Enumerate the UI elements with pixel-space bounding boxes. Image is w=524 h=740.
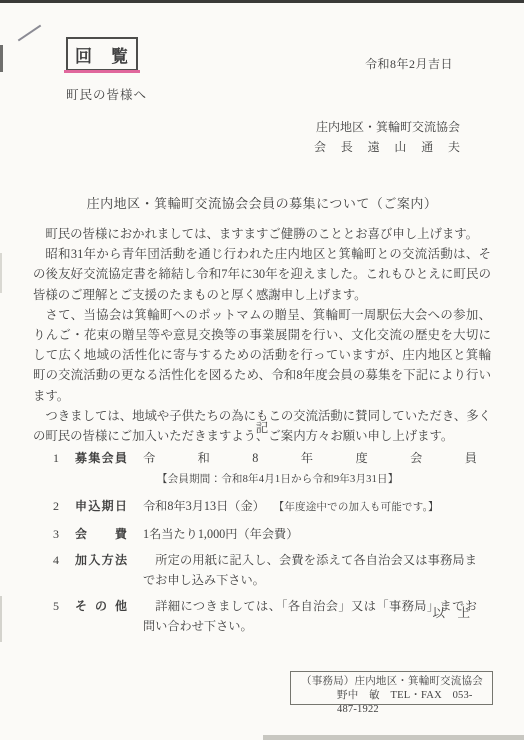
item-row-membership-fee: 3 会費 1名当たり1,000円（年会費） (53, 524, 477, 544)
item-row-other: 5 その他 詳細につきましては、「各自治会」又は「事務局」までお問い合わせ下さい… (53, 596, 477, 636)
item-text: 所定の用紙に記入し、会費を添えて各自治会又は事務局までお申し込み下さい。 (143, 553, 477, 587)
item-content: 詳細につきましては、「各自治会」又は「事務局」までお問い合わせ下さい。 (143, 596, 477, 636)
sender-organization: 庄内地区・箕輪町交流協会 (316, 120, 460, 134)
item-row-how-to-join: 4 加入方法 所定の用紙に記入し、会費を添えて各自治会又は事務局までお申し込み下… (53, 550, 477, 590)
scanned-circular-notice: 回 覧 令和8年2月吉日 町民の皆様へ 庄内地区・箕輪町交流協会 会長遠山通夫 … (0, 0, 524, 740)
circular-stamp-label: 回 覧 (75, 42, 129, 67)
office-contact-person: 野中 敏 TEL・FAX 053-487-1922 (337, 689, 492, 717)
scan-edge-mark (0, 596, 2, 642)
item-number: 4 (53, 550, 75, 590)
item-text: 詳細につきましては、「各自治会」又は「事務局」までお問い合わせ下さい。 (143, 599, 477, 633)
item-label: 加入方法 (75, 550, 127, 590)
document-date: 令和8年2月吉日 (365, 55, 453, 72)
item-content: 1名当たり1,000円（年会費） (143, 524, 477, 544)
office-contact-box: （事務局）庄内地区・箕輪町交流協会 野中 敏 TEL・FAX 053-487-1… (290, 671, 493, 705)
office-organization: （事務局）庄内地区・箕輪町交流協会 (301, 675, 492, 689)
item-label: その他 (75, 596, 127, 636)
scan-edge-top (0, 0, 524, 3)
item-text: 令和8年度会員 (143, 451, 477, 465)
paragraph-greeting: 町民の皆様におかれましては、ますますご健勝のこととお喜び申し上げます。 (33, 224, 491, 244)
scan-edge-mark (0, 253, 2, 293)
notice-marker: 記 (0, 418, 524, 436)
sender-block: 庄内地区・箕輪町交流協会 会長遠山通夫 (314, 117, 460, 157)
item-text: 令和8年3月13日（金） (143, 499, 265, 513)
item-note: 【年度途中での加入も可能です。】 (279, 502, 439, 513)
closing-marker: 以 上 (432, 603, 470, 621)
circular-stamp-underline (64, 70, 140, 73)
item-label: 会費 (75, 524, 127, 544)
salutation: 町民の皆様へ (66, 85, 147, 103)
item-label: 募集会員 (75, 448, 127, 490)
item-number: 3 (53, 524, 75, 544)
item-number: 5 (53, 596, 75, 636)
item-label: 申込期日 (75, 496, 127, 518)
item-content: 令和8年度会員【会員期間：令和8年4月1日から令和9年3月31日】 (143, 448, 477, 490)
item-number: 2 (53, 496, 75, 518)
item-row-recruited-members: 1 募集会員 令和8年度会員【会員期間：令和8年4月1日から令和9年3月31日】 (53, 448, 477, 490)
paragraph-activities: さて、当協会は箕輪町へのポットマムの贈呈、箕輪町一周駅伝大会への参加、りんご・花… (33, 305, 491, 406)
circular-stamp-box: 回 覧 (66, 37, 138, 71)
scan-edge-mark (0, 45, 3, 72)
item-content: 所定の用紙に記入し、会費を添えて各自治会又は事務局までお申し込み下さい。 (143, 550, 477, 590)
scan-edge-bottom (263, 735, 524, 740)
document-title: 庄内地区・箕輪町交流協会会員の募集について（ご案内） (0, 193, 524, 212)
pencil-check-mark (18, 25, 42, 42)
item-number: 1 (53, 448, 75, 490)
sender-representative: 会長遠山通夫 (314, 137, 460, 157)
item-note: 【会員期間：令和8年4月1日から令和9年3月31日】 (157, 474, 398, 485)
item-row-application-deadline: 2 申込期日 令和8年3月13日（金）【年度途中での加入も可能です。】 (53, 496, 477, 518)
paragraph-history: 昭和31年から青年団活動を通じ行われた庄内地区と箕輪町との交流活動は、その後友好… (33, 244, 491, 305)
item-text: 1名当たり1,000円（年会費） (143, 527, 298, 541)
body-text: 町民の皆様におかれましては、ますますご健勝のこととお喜び申し上げます。 昭和31… (33, 224, 491, 446)
notice-items: 1 募集会員 令和8年度会員【会員期間：令和8年4月1日から令和9年3月31日】… (53, 448, 477, 642)
item-content: 令和8年3月13日（金）【年度途中での加入も可能です。】 (143, 496, 477, 518)
